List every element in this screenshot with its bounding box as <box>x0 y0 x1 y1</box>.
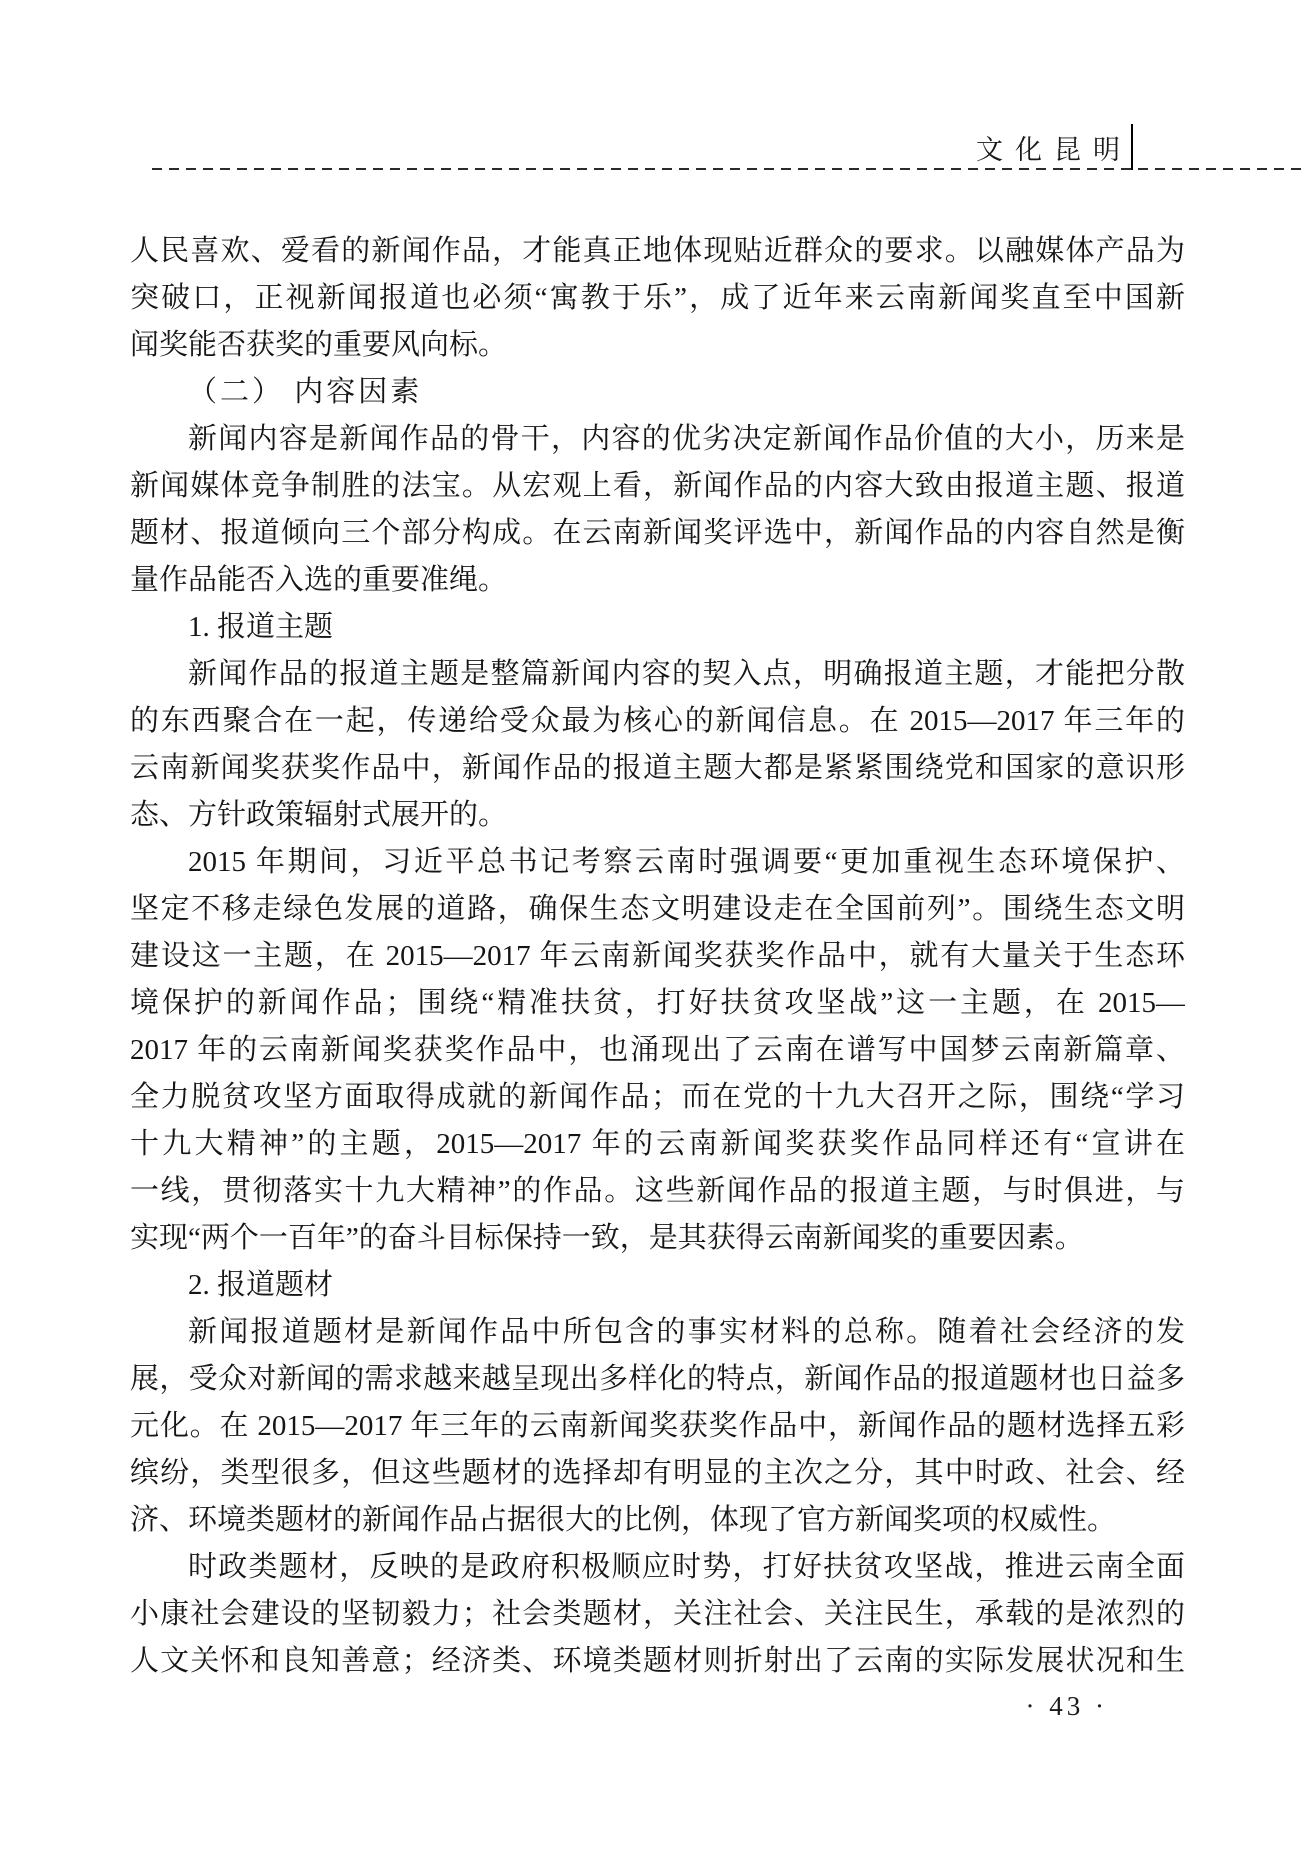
text-line: 新闻内容是新闻作品的骨干，内容的优劣决定新闻作品价值的大小，历来是 <box>130 416 1185 463</box>
book-page: 文化昆明 人民喜欢、爱看的新闻作品，才能真正地体现贴近群众的要求。以融媒体产品为… <box>0 0 1307 1859</box>
text-line: 态、方针政策辐射式展开的。 <box>130 792 1185 839</box>
numbered-heading: 2. 报道题材 <box>130 1262 1185 1309</box>
text-line: 人民喜欢、爱看的新闻作品，才能真正地体现贴近群众的要求。以融媒体产品为 <box>130 228 1185 275</box>
text-line: 量作品能否入选的重要准绳。 <box>130 557 1185 604</box>
text-line: 缤纷，类型很多，但这些题材的选择却有明显的主次之分，其中时政、社会、经 <box>130 1450 1185 1497</box>
text-line: 十九大精神”的主题，2015—2017 年的云南新闻奖获奖作品同样还有“宣讲在 <box>130 1121 1185 1168</box>
text-line: 人文关怀和良知善意；经济类、环境类题材则折射出了云南的实际发展状况和生 <box>130 1638 1185 1685</box>
text-line: 济、环境类题材的新闻作品占据很大的比例，体现了官方新闻奖项的权威性。 <box>130 1497 1185 1544</box>
text-line: 元化。在 2015—2017 年三年的云南新闻奖获奖作品中，新闻作品的题材选择五… <box>130 1403 1185 1450</box>
text-line: 一线，贯彻落实十九大精神”的作品。这些新闻作品的报道主题，与时俱进，与 <box>130 1168 1185 1215</box>
text-line: 展，受众对新闻的需求越来越呈现出多样化的特点，新闻作品的报道题材也日益多 <box>130 1356 1185 1403</box>
text-line: 云南新闻奖获奖作品中，新闻作品的报道主题大都是紧紧围绕党和国家的意识形 <box>130 745 1185 792</box>
text-line: 建设这一主题，在 2015—2017 年云南新闻奖获奖作品中，就有大量关于生态环 <box>130 933 1185 980</box>
text-line: 2015 年期间，习近平总书记考察云南时强调要“更加重视生态环境保护、 <box>130 839 1185 886</box>
text-line: 坚定不移走绿色发展的道路，确保生态文明建设走在全国前列”。围绕生态文明 <box>130 886 1185 933</box>
running-header-title: 文化昆明 <box>976 128 1132 167</box>
page-body: 人民喜欢、爱看的新闻作品，才能真正地体现贴近群众的要求。以融媒体产品为突破口，正… <box>130 228 1185 1685</box>
numbered-heading: 1. 报道主题 <box>130 604 1185 651</box>
text-line: 时政类题材，反映的是政府积极顺应时势，打好扶贫攻坚战，推进云南全面 <box>130 1544 1185 1591</box>
header-dashed-rule <box>152 168 1307 170</box>
text-line: 2017 年的云南新闻奖获奖作品中，也涌现出了云南在谱写中国梦云南新篇章、 <box>130 1027 1185 1074</box>
page-number: · 43 · <box>1026 1691 1108 1722</box>
text-line: 小康社会建设的坚韧毅力；社会类题材，关注社会、关注民生，承载的是浓烈的 <box>130 1591 1185 1638</box>
text-line: 新闻作品的报道主题是整篇新闻内容的契入点，明确报道主题，才能把分散 <box>130 651 1185 698</box>
text-line: 突破口，正视新闻报道也必须“寓教于乐”，成了近年来云南新闻奖直至中国新 <box>130 275 1185 322</box>
header-vertical-bar <box>1131 124 1133 170</box>
text-line: 新闻媒体竞争制胜的法宝。从宏观上看，新闻作品的内容大致由报道主题、报道 <box>130 463 1185 510</box>
text-line: 题材、报道倾向三个部分构成。在云南新闻奖评选中，新闻作品的内容自然是衡 <box>130 510 1185 557</box>
text-line: 全力脱贫攻坚方面取得成就的新闻作品；而在党的十九大召开之际，围绕“学习 <box>130 1074 1185 1121</box>
text-line: 境保护的新闻作品；围绕“精准扶贫，打好扶贫攻坚战”这一主题，在 2015— <box>130 980 1185 1027</box>
text-line: 新闻报道题材是新闻作品中所包含的事实材料的总称。随着社会经济的发 <box>130 1309 1185 1356</box>
text-line: 闻奖能否获奖的重要风向标。 <box>130 322 1185 369</box>
text-line: 的东西聚合在一起，传递给受众最为核心的新闻信息。在 2015—2017 年三年的 <box>130 698 1185 745</box>
text-line: 实现“两个一百年”的奋斗目标保持一致，是其获得云南新闻奖的重要因素。 <box>130 1215 1185 1262</box>
section-heading: （二） 内容因素 <box>130 369 1185 416</box>
